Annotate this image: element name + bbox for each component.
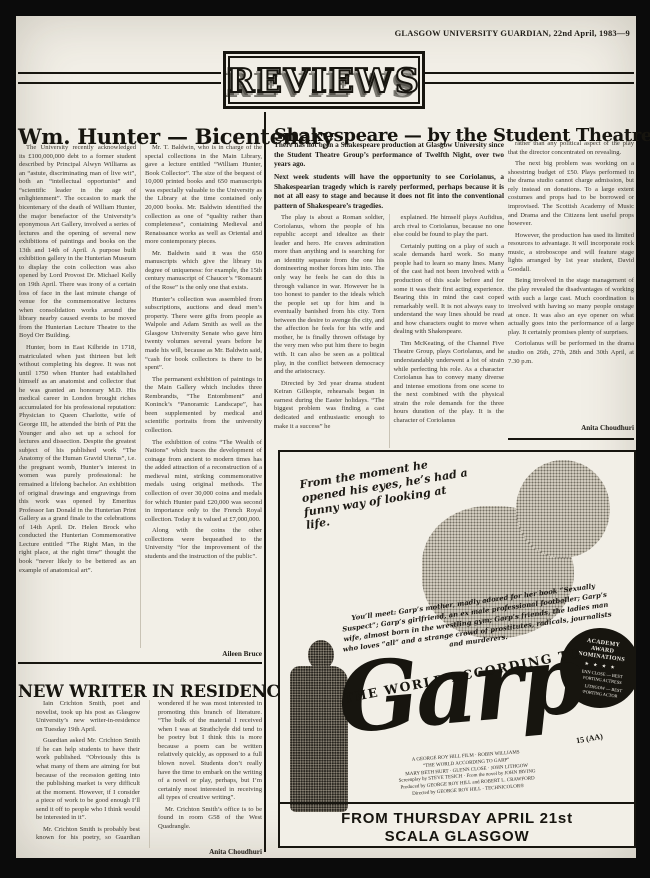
badge-title: ACADEMY AWARD NOMINATIONS [572, 636, 632, 665]
paragraph: rather than any political aspect of the … [508, 140, 634, 157]
paragraph: Being involved in the stage management o… [508, 277, 634, 337]
paragraph: The exhibition of coins “The Wealth of N… [145, 439, 262, 525]
paragraph: explained. He himself plays Aufidius, ar… [394, 214, 505, 240]
paragraph: Mr. T. Baldwin, who is in charge of the … [145, 144, 262, 247]
paragraph: Mr. Crichton Smith’s office is to be fou… [158, 806, 262, 832]
section-rule [18, 662, 262, 664]
shakespeare-right-column: rather than any political aspect of the … [508, 140, 634, 422]
paragraph: Guardian asked Mr. Crichton Smith if he … [36, 737, 140, 823]
paragraph: Tim McKeating, of the Channel Five Theat… [394, 340, 505, 426]
paragraph: Hunter’s collection was assembled from s… [145, 296, 262, 373]
paragraph: Iain Crichton Smith, poet and novelist, … [36, 700, 140, 734]
reviews-banner: REVIEWS [223, 51, 425, 109]
shakespeare-intro: There has not been a Shakespeare product… [274, 140, 504, 213]
writer-article-body: Iain Crichton Smith, poet and novelist, … [36, 700, 262, 848]
writer-headline: NEW WRITER IN RESIDENCE [18, 682, 262, 701]
banner-rule-left [18, 72, 221, 84]
newspaper-page: GLASGOW UNIVERSITY GUARDIAN, 22nd April,… [16, 16, 636, 858]
paragraph: There has not been a Shakespeare product… [274, 140, 504, 169]
banner-rule-right [421, 72, 634, 84]
paragraph: The permanent exhibition of paintings in… [145, 376, 262, 436]
paragraph: Coriolanus will be performed in the dram… [508, 340, 634, 366]
advert-showtime-date: FROM THURSDAY APRIL 21st [280, 810, 634, 827]
advert-cinema-name: SCALA GLASGOW [280, 828, 634, 845]
reviews-banner-title: REVIEWS [227, 61, 421, 100]
writer-byline: Anita Choudhuri [156, 848, 262, 856]
hunter-article-body: The University recently acknowledged its… [19, 144, 262, 648]
shakespeare-article-body: The play is about a Roman soldier, Corio… [274, 214, 504, 448]
hunter-byline: Aileen Bruce [148, 650, 262, 658]
paragraph: The University recently acknowledged its… [19, 144, 136, 341]
shakespeare-byline: Anita Choudhuri [508, 424, 634, 432]
garp-advert: From the moment he opened his eyes, he’s… [278, 450, 636, 848]
paragraph: Next week students will have the opportu… [274, 172, 504, 211]
column-divider-rule [264, 112, 266, 852]
paragraph: The next big problem was working on a sh… [508, 160, 634, 229]
paragraph: Hunter, born in East Kilbride in 1718, m… [19, 344, 136, 575]
masthead: GLASGOW UNIVERSITY GUARDIAN, 22nd April,… [395, 28, 630, 38]
baby-photo-head [516, 460, 610, 558]
section-rule [508, 438, 634, 440]
paragraph: Mr. Baldwin said it was the 650 manuscri… [145, 250, 262, 293]
film-credits: A GEORGE ROY HILL FILM · ROBIN WILLIAMS … [341, 745, 593, 803]
paragraph: Along with the coins the other collectio… [145, 527, 262, 561]
paragraph: Directed by 3rd year drama student Keira… [274, 380, 385, 431]
paragraph: However, the production has used its lim… [508, 232, 634, 275]
paragraph: Certainly putting on a play of such a sc… [394, 243, 505, 337]
paragraph: The play is about a Roman soldier, Corio… [274, 214, 385, 377]
advert-divider [280, 802, 634, 804]
